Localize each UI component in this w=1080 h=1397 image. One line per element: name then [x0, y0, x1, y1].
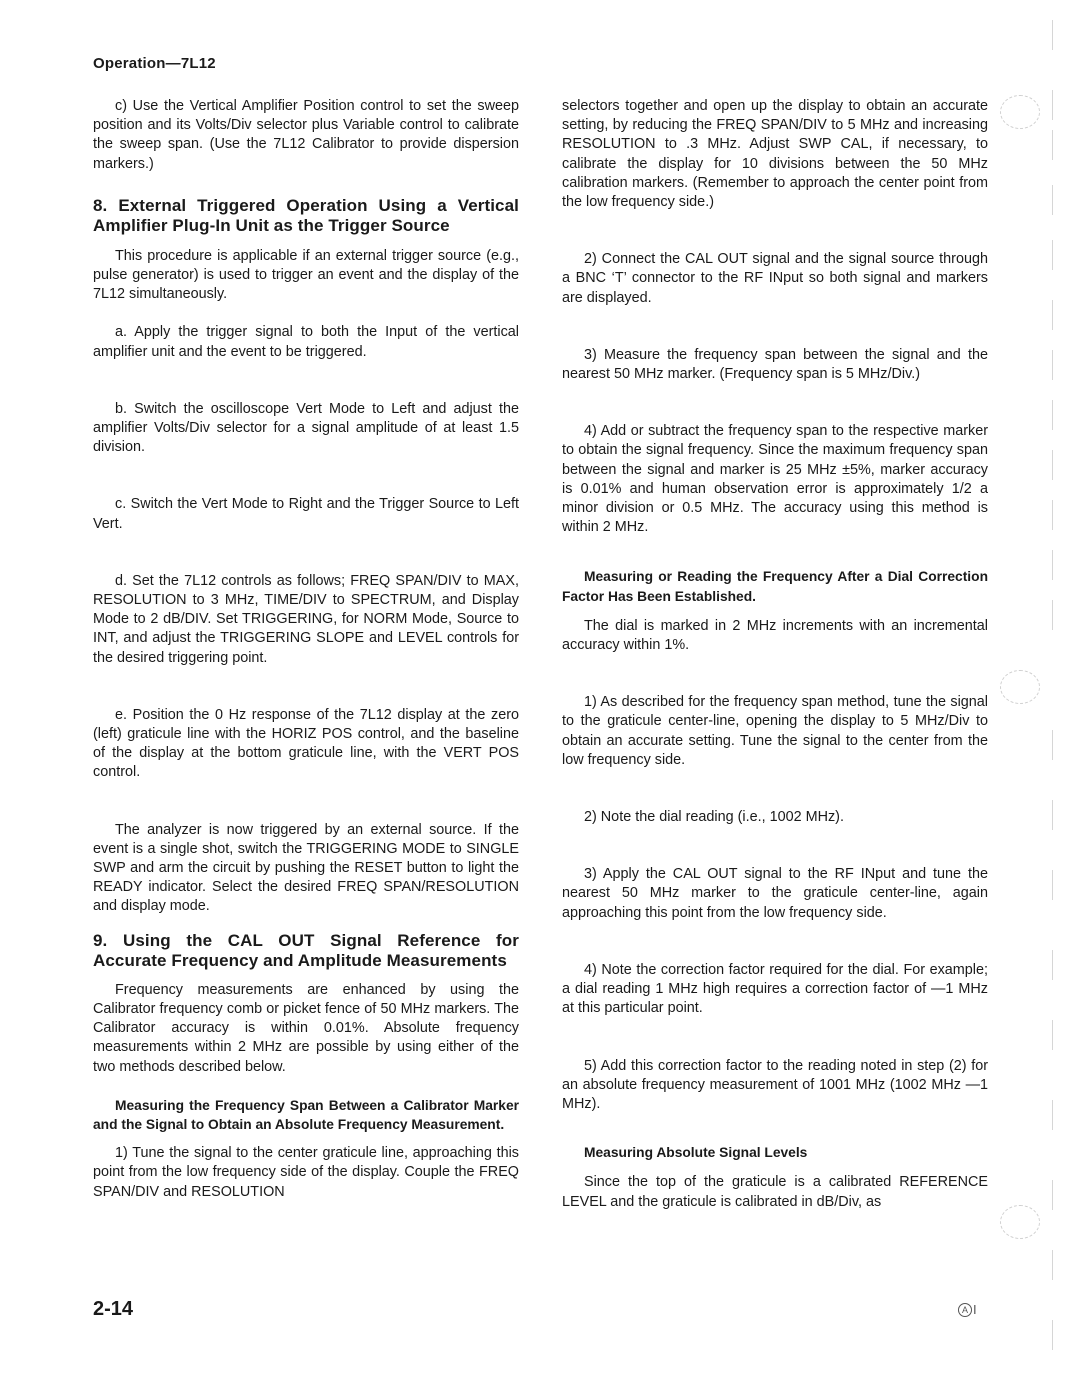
margin-tab-mark — [1052, 730, 1056, 760]
paragraph: This procedure is applicable if an exter… — [93, 247, 519, 305]
step-e: e. Position the 0 Hz response of the 7L1… — [93, 706, 519, 783]
margin-tab-mark — [1052, 450, 1056, 480]
margin-tab-mark — [1052, 90, 1056, 120]
step-2: 2) Connect the CAL OUT signal and the si… — [562, 250, 988, 308]
margin-tab-mark — [1052, 400, 1056, 430]
step-b: b. Switch the oscilloscope Vert Mode to … — [93, 400, 519, 458]
margin-tab-mark — [1052, 950, 1056, 980]
margin-tab-mark — [1052, 300, 1056, 330]
subsection-heading: Measuring the Frequency Span Between a C… — [93, 1096, 519, 1134]
step-d: d. Set the 7L12 controls as follows; FRE… — [93, 572, 519, 668]
binder-hole-mark — [1000, 95, 1040, 129]
paragraph: c) Use the Vertical Amplifier Position c… — [93, 97, 519, 174]
revision-suffix: I — [973, 1302, 977, 1317]
paragraph: Since the top of the graticule is a cali… — [562, 1173, 988, 1211]
paragraph-continued: selectors together and open up the displ… — [562, 97, 988, 212]
margin-tab-mark — [1052, 600, 1056, 630]
step-3: 3) Apply the CAL OUT signal to the RF IN… — [562, 865, 988, 923]
subsection-heading: Measuring or Reading the Frequency After… — [562, 567, 988, 605]
step-3: 3) Measure the frequency span between th… — [562, 346, 988, 384]
step-1: 1) Tune the signal to the center graticu… — [93, 1144, 519, 1202]
circled-a-icon: A — [958, 1303, 972, 1317]
section-heading-8: 8. External Triggered Operation Using a … — [93, 196, 519, 236]
step-2: 2) Note the dial reading (i.e., 1002 MHz… — [562, 808, 988, 827]
page-number: 2-14 — [93, 1298, 133, 1321]
margin-tab-mark — [1052, 870, 1056, 900]
margin-tab-mark — [1052, 1250, 1056, 1280]
section-heading-9: 9. Using the CAL OUT Signal Reference fo… — [93, 931, 519, 971]
step-4: 4) Note the correction factor required f… — [562, 961, 988, 1019]
left-column: c) Use the Vertical Amplifier Position c… — [93, 97, 519, 1202]
margin-tab-mark — [1052, 550, 1056, 580]
paragraph: Frequency measurements are enhanced by u… — [93, 981, 519, 1077]
revision-mark: A I — [958, 1302, 977, 1317]
subsection-heading: Measuring Absolute Signal Levels — [562, 1143, 988, 1162]
margin-tab-mark — [1052, 1100, 1056, 1130]
margin-tab-mark — [1052, 800, 1056, 830]
margin-tab-mark — [1052, 240, 1056, 270]
margin-tab-mark — [1052, 350, 1056, 380]
margin-tab-mark — [1052, 130, 1056, 160]
margin-tab-mark — [1052, 1180, 1056, 1210]
step-a: a. Apply the trigger signal to both the … — [93, 323, 519, 361]
margin-tab-mark — [1052, 185, 1056, 215]
binder-hole-mark — [1000, 670, 1040, 704]
margin-tab-mark — [1052, 1020, 1056, 1050]
running-head: Operation—7L12 — [93, 55, 216, 72]
paragraph: The dial is marked in 2 MHz increments w… — [562, 617, 988, 655]
margin-tab-mark — [1052, 500, 1056, 530]
right-column: selectors together and open up the displ… — [562, 97, 988, 1212]
step-5: 5) Add this correction factor to the rea… — [562, 1057, 988, 1115]
paragraph: The analyzer is now triggered by an exte… — [93, 821, 519, 917]
margin-tab-mark — [1052, 20, 1056, 50]
step-4: 4) Add or subtract the frequency span to… — [562, 422, 988, 537]
binder-hole-mark — [1000, 1205, 1040, 1239]
step-1: 1) As described for the frequency span m… — [562, 693, 988, 770]
step-c: c. Switch the Vert Mode to Right and the… — [93, 495, 519, 533]
margin-tab-mark — [1052, 1320, 1056, 1350]
